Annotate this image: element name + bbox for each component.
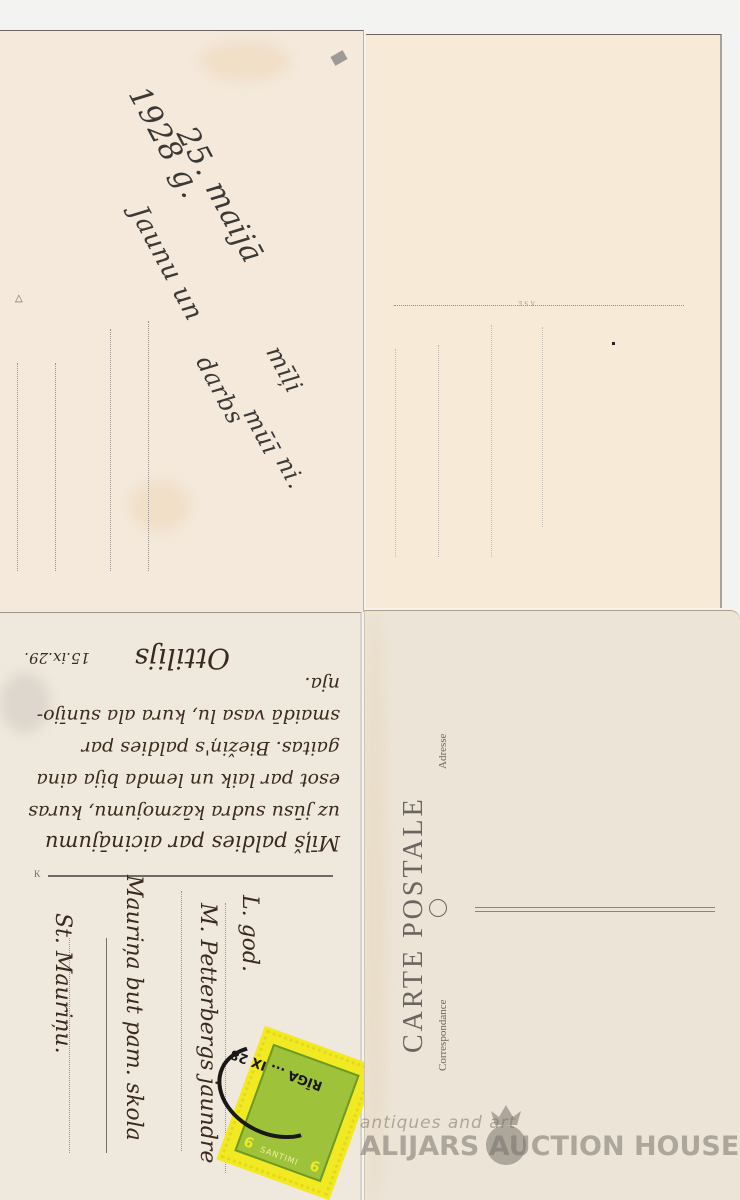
handwritten-text-line: ni. <box>270 451 311 494</box>
postcard-top-right: ASE <box>366 34 722 608</box>
handwritten-text-line: mīļi <box>260 341 308 398</box>
handwritten-text-line: mūī <box>237 403 285 459</box>
stain <box>130 481 190 531</box>
stamp-value-left: 6 <box>241 1134 256 1152</box>
address-line-2: M. Petterbergs jaundre <box>195 903 220 1163</box>
handwritten-text-line: Jaunu un <box>124 201 210 326</box>
crown-icon <box>491 1105 521 1125</box>
address-line <box>225 903 226 1173</box>
postcard-top-left: △ 25. maijā 1928 g. Jaunu un mīļi darbs … <box>0 30 364 612</box>
address-line-4: St. Mauriņu. <box>50 913 75 1054</box>
divider-line <box>48 875 333 877</box>
message-line: uz jūsu sudra kāzmojumu, kuras <box>28 801 340 823</box>
stamp-value-right: 6 <box>307 1158 322 1176</box>
adresse-label: Adresse <box>437 734 449 769</box>
message-line: smaidā vasa lu, kura ala sūnījo- <box>37 705 340 727</box>
correspondance-label: Correspondance <box>437 1000 449 1071</box>
message-line: Mīļš paldies par aicinājumu <box>45 831 340 855</box>
address-line <box>181 891 182 1151</box>
address-line <box>438 345 439 557</box>
date: 15.ix.29. <box>24 649 90 667</box>
speck <box>612 342 615 345</box>
stamp-currency: SANTIMI <box>259 1145 300 1167</box>
message-line: esot par laik un lemda bija aina <box>36 769 340 791</box>
signature: Ottilijs <box>135 642 230 675</box>
address-line <box>55 363 56 571</box>
address-line <box>148 321 149 571</box>
address-line <box>491 325 492 557</box>
message-line: gaitas. Biežiņ's paldies par <box>82 737 340 759</box>
carte-postale-title: CARTE POSTALE <box>398 796 430 1053</box>
address-line <box>395 349 396 557</box>
divider-double-line <box>475 907 715 912</box>
divider-line <box>394 305 684 306</box>
triangle-marker: △ <box>15 293 23 304</box>
k-marker: K <box>34 869 41 879</box>
stain <box>365 611 385 1200</box>
corner-mark <box>330 50 347 66</box>
message-line: nja. <box>305 673 341 695</box>
address-line-3: Mauriņa but pam. skola <box>121 875 146 1141</box>
watermark-name: ALIJARS AUCTION HOUSE <box>360 1131 739 1162</box>
address-line <box>17 363 18 571</box>
address-line-1: L. god. <box>237 895 262 972</box>
publisher-emblem-icon <box>429 899 447 917</box>
postcard-bottom-right: CARTE POSTALE Adresse Correspondance <box>364 610 740 1200</box>
address-line <box>106 938 107 1153</box>
printed-header: ASE <box>516 299 535 307</box>
stain <box>200 41 290 81</box>
message-block: Mīļš paldies par aicinājumu uz jūsu sudr… <box>10 623 350 863</box>
address-line <box>110 329 111 571</box>
address-line <box>542 327 543 527</box>
